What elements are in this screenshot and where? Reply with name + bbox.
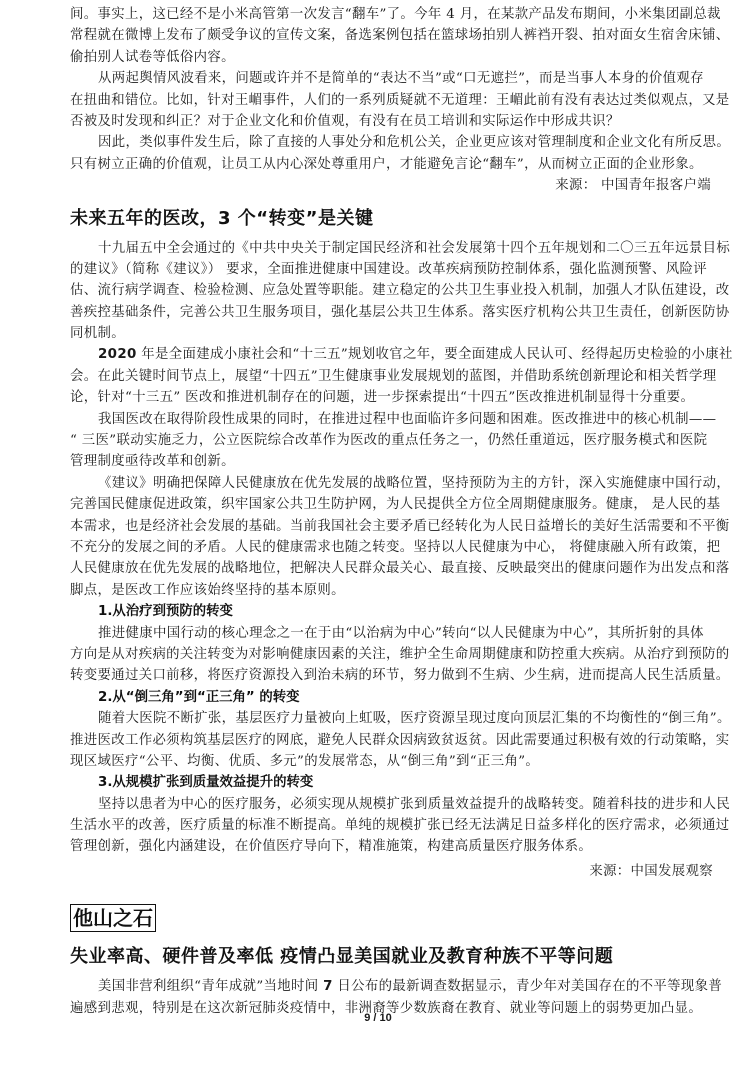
day-number: 7 [323, 979, 333, 994]
text-span: 日公布的最新调查数据显示，青少年对美国存在的不平等现象普 [333, 979, 722, 994]
text-line: 现区域医疗“公平、均衡、优质、多元”的发展常态，从“倒三角”到“正三角”。 [70, 751, 715, 772]
document-page: 间。事实上，这已经不是小米高管第一次发言“翻车”了。今年 4 月，在某款产品发布… [70, 4, 715, 1019]
text-line: 转变要通过关口前移，将医疗资源投入到治未病的环节，努力做到不生病、少生病，进而提… [70, 665, 715, 686]
subheading-2: 2.从“倒三角”到“正三角” 的转变 [70, 687, 715, 708]
section-label: 他山之石 [70, 904, 156, 932]
text-line: 完善国民健康促进政策，织牢国家公共卫生防护网，为人民提供全方位全周期健康服务。健… [70, 494, 715, 515]
subheading-3: 3.从规模扩张到质量效益提升的转变 [70, 772, 715, 793]
text-line: 生活水平的改善，医疗质量的标准不断提高。单纯的规模扩张已经无法满足日益多样化的医… [70, 815, 715, 836]
text-line: 会。在此关键时间节点上，展望“十四五”卫生健康事业发展规划的蓝图，并借助系统创新… [70, 366, 715, 387]
year-text: 2020 [98, 347, 137, 362]
text-line: 推进健康中国行动的核心理念之一在于由“以治病为中心”转向“以人民健康为中心”，其… [70, 623, 715, 644]
text-line: 因此，类似事件发生后，除了直接的人事处分和危机公关，企业更应该对管理制度和企业文… [70, 132, 715, 153]
text-span: 年是全面建成小康社会和“十三五”规划收官之年，要全面建成人民认可、经得起历史检验… [137, 347, 733, 362]
text-line: 否被及时发现和纠正？对于企业文化和价值观，有没有在员工培训和实际运作中形成共识？ [70, 111, 715, 132]
text-line: 估、流行病学调查、检验检测、应急处置等职能。建立稳定的公共卫生事业投入机制，加强… [70, 280, 715, 301]
text-line: 2020 年是全面建成小康社会和“十三五”规划收官之年，要全面建成人民认可、经得… [70, 344, 715, 365]
text-line: 在扭曲和错位。比如，针对王嵋事件，人们的一系列质疑就不无道理：王嵋此前有没有表达… [70, 90, 715, 111]
text-line: 间。事实上，这已经不是小米高管第一次发言“翻车”了。今年 4 月，在某款产品发布… [70, 4, 715, 25]
text-line: 我国医改在取得阶段性成果的同时，在推进过程中也面临许多问题和困难。医改推进中的核… [70, 409, 715, 430]
text-line: 管理创新，强化内涵建设，在价值医疗导向下，精准施策，构建高质量医疗服务体系。 [70, 836, 715, 857]
text-line: 常程就在微博上发布了颇受争议的宣传文案，备选案例包括在篮球场拍别人裤裆开裂、拍对… [70, 25, 715, 46]
subheading-1: 1.从治疗到预防的转变 [70, 601, 715, 622]
text-line: “ 三医”联动实施乏力，公立医院综合改革作为医改的重点任务之一，仍然任重道远，医… [70, 430, 715, 451]
text-line: 推进医改工作必须构筑基层医疗的网底，避免人民群众因病致贫返贫。因此需要通过积极有… [70, 730, 715, 751]
text-line: 不充分的发展之间的矛盾。人民的健康需求也随之转变。坚持以人民健康为中心， 将健康… [70, 537, 715, 558]
text-line: 管理制度亟待改革和创新。 [70, 451, 715, 472]
text-line: 脚点，是医改工作应该始终坚持的基本原则。 [70, 580, 715, 601]
article-title: 未来五年的医改，3 个“转变”是关键 [70, 206, 715, 232]
text-line: 从两起舆情风波看来，问题或许并不是简单的“表达不当”或“口无遮拦”，而是当事人本… [70, 68, 715, 89]
text-span: 美国非营利组织“青年成就”当地时间 [98, 979, 323, 994]
text-line: 十九届五中全会通过的《中共中央关于制定国民经济和社会发展第十四个五年规划和二〇三… [70, 238, 715, 259]
page-number: 9 / 10 [0, 1012, 756, 1024]
article-us-inequality: 失业率高、硬件普及率低 疫情凸显美国就业及教育种族不平等问题 美国非营利组织“青… [70, 944, 715, 1019]
article-title: 失业率高、硬件普及率低 疫情凸显美国就业及教育种族不平等问题 [70, 944, 715, 970]
article-healthcare-reform: 未来五年的医改，3 个“转变”是关键 十九届五中全会通过的《中共中央关于制定国民… [70, 206, 715, 883]
text-line: 同机制。 [70, 323, 715, 344]
text-line: 本需求，也是经济社会发展的基础。当前我国社会主要矛盾已经转化为人民日益增长的美好… [70, 516, 715, 537]
section-header: 他山之石 [70, 904, 715, 932]
text-line: 《建议》明确把保障人民健康放在优先发展的战略位置，坚持预防为主的方针，深入实施健… [70, 473, 715, 494]
source-credit: 来源： 中国青年报客户端 [70, 175, 715, 196]
source-credit: 来源：中国发展观察 [70, 861, 715, 882]
article-xiaomi-tail: 间。事实上，这已经不是小米高管第一次发言“翻车”了。今年 4 月，在某款产品发布… [70, 4, 715, 197]
text-line: 人民健康放在优先发展的战略地位，把解决人民群众最关心、最直接、反映最突出的健康问… [70, 558, 715, 579]
text-line: 随着大医院不断扩张，基层医疗力量被向上虹吸，医疗资源呈现过度向顶层汇集的不均衡性… [70, 708, 715, 729]
text-line: 偷拍别人试卷等低俗内容。 [70, 47, 715, 68]
text-line: 坚持以患者为中心的医疗服务，必须实现从规模扩张到质量效益提升的战略转变。随着科技… [70, 794, 715, 815]
text-line: 善疾控基础条件，完善公共卫生服务项目，强化基层公共卫生体系。落实医疗机构公共卫生… [70, 302, 715, 323]
text-line: 的建议》（简称《建议》） 要求，全面推进健康中国建设。改革疾病预防控制体系，强化… [70, 259, 715, 280]
text-line: 美国非营利组织“青年成就”当地时间 7 日公布的最新调查数据显示，青少年对美国存… [70, 976, 715, 997]
text-line: 论，针对“十三五” 医改和推进机制存在的问题，进一步探索提出“十四五”医改推进机… [70, 387, 715, 408]
text-line: 方向是从对疾病的关注转变为对影响健康因素的关注，维护全生命周期健康和防控重大疾病… [70, 644, 715, 665]
text-line: 只有树立正确的价值观，让员工从内心深处尊重用户，才能避免言论“翻车”，从而树立正… [70, 154, 715, 175]
